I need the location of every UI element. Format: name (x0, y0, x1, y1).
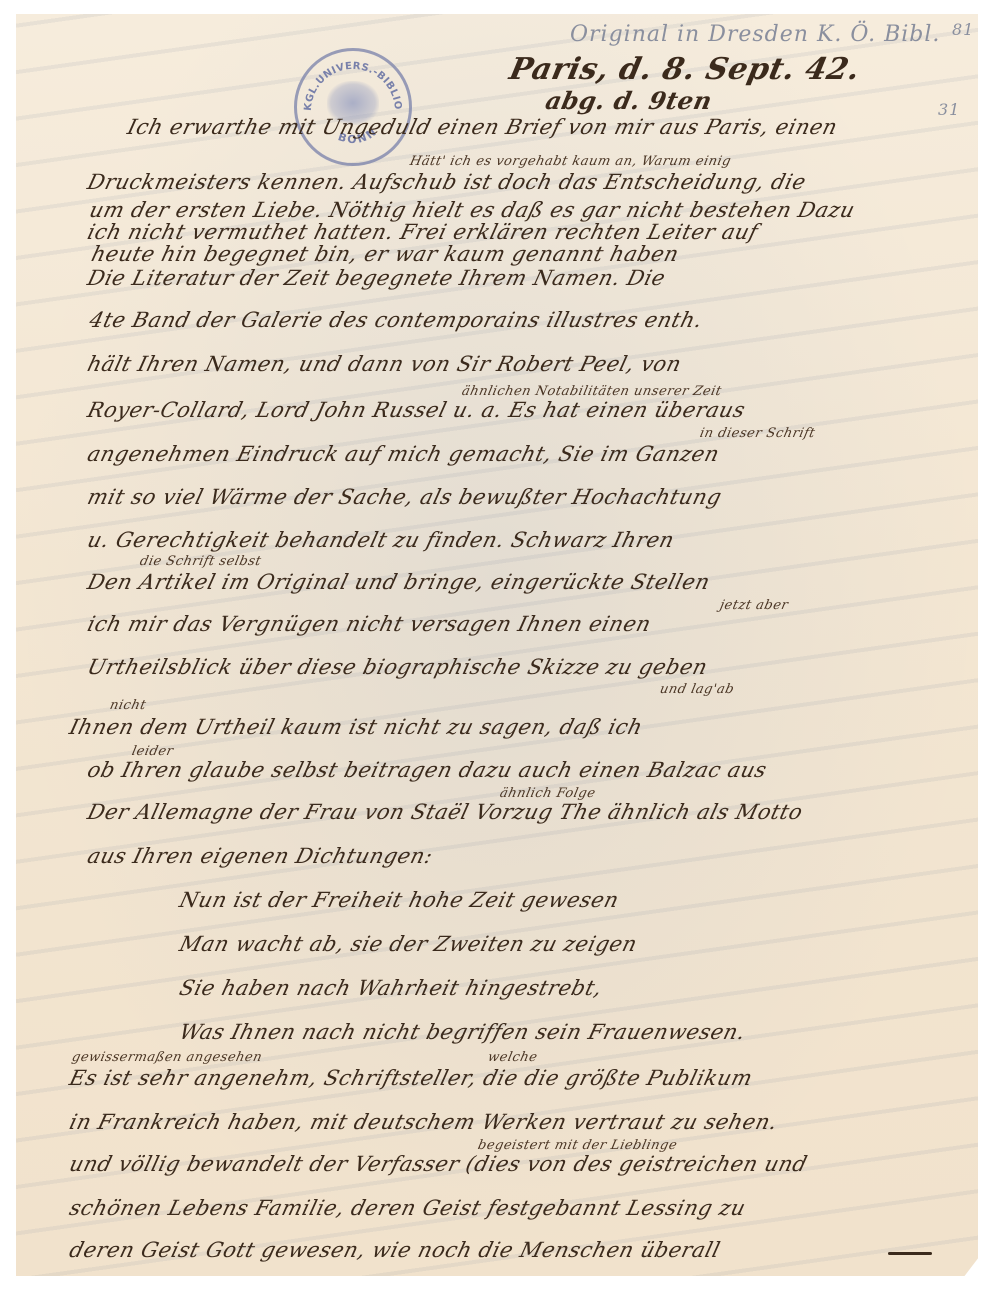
folio-number: 81 (952, 20, 974, 39)
handwritten-line: deren Geist Gott gewesen, wie noch die M… (67, 1238, 723, 1262)
handwritten-line: Ich erwarthe mit Ungeduld einen Brief vo… (125, 115, 840, 139)
handwritten-line: 4te Band der Galerie des contemporains i… (87, 308, 705, 332)
folio-number-secondary: 31 (938, 100, 960, 119)
interlinear-insertion: leider (130, 744, 174, 759)
handwritten-line: Ihnen dem Urtheil kaum ist nicht zu sage… (67, 715, 645, 739)
interlinear-insertion: begeistert mit der Lieblinge (476, 1138, 678, 1153)
handwritten-line: ich nicht vermuthet hatten. Frei erkläre… (85, 220, 761, 244)
handwritten-line: Nun ist der Freiheit hohe Zeit gewesen (177, 888, 621, 912)
handwritten-line: Der Allemagne der Frau von Staël Vorzug … (85, 800, 805, 824)
archival-note: Original in Dresden K. Ö. Bibl. (570, 22, 940, 47)
handwritten-line: Royer-Collard, Lord John Russel u. a. Es… (85, 398, 748, 422)
interlinear-insertion: in dieser Schrift (698, 426, 816, 441)
interlinear-insertion: jetzt aber (718, 598, 789, 613)
interlinear-insertion: gewissermaßen angesehen (70, 1050, 263, 1065)
handwritten-line: heute hin begegnet bin, er war kaum gena… (89, 242, 681, 266)
handwritten-line: um der ersten Liebe. Nöthig hielt es daß… (87, 198, 857, 222)
handwritten-line: Es ist sehr angenehm, Schriftsteller, di… (67, 1066, 755, 1090)
handwritten-line: angenehmen Eindruck auf mich gemacht, Si… (85, 442, 722, 466)
interlinear-insertion: ähnlich Folge (498, 786, 597, 801)
closing-dash (888, 1252, 932, 1255)
handwritten-line: ob Ihren glaube selbst beitragen dazu au… (85, 758, 769, 782)
interlinear-insertion: und lag'ab (658, 682, 735, 697)
handwritten-line: Druckmeisters kennen. Aufschub ist doch … (85, 170, 809, 194)
handwritten-line: ich mir das Vergnügen nicht versagen Ihn… (85, 612, 654, 636)
handwritten-line: hält Ihren Namen, und dann von Sir Rober… (85, 352, 684, 376)
handwritten-line: Man wacht ab, sie der Zweiten zu zeigen (177, 932, 640, 956)
interlinear-insertion: Hätt' ich es vorgehabt kaum an, Warum ei… (408, 154, 732, 169)
interlinear-insertion: die Schrift selbst (138, 554, 262, 569)
handwritten-line: Den Artikel im Original und bringe, eing… (85, 570, 713, 594)
interlinear-insertion: welche (486, 1050, 539, 1065)
handwritten-line: Was Ihnen nach nicht begriffen sein Frau… (177, 1020, 748, 1044)
handwritten-line: und völlig bewandelt der Verfasser (dies… (67, 1152, 810, 1176)
handwritten-line: schönen Lebens Familie, deren Geist fest… (67, 1196, 748, 1220)
handwritten-line: Urtheilsblick über diese biographische S… (85, 655, 710, 679)
interlinear-insertion: nicht (108, 698, 147, 713)
library-stamp: KGL.UNIVERS.-BIBLIOTHEK BONN (294, 48, 412, 166)
letter-page: Original in Dresden K. Ö. Bibl. 81 31 KG… (16, 14, 978, 1276)
handwritten-line: mit so viel Wärme der Sache, als bewußte… (85, 485, 724, 509)
date-line: Paris, d. 8. Sept. 42. (506, 52, 863, 87)
handwritten-line: u. Gerechtigkeit behandelt zu finden. Sc… (85, 528, 677, 552)
sent-date-line: abg. d. 9ten (543, 86, 715, 115)
handwritten-line: Die Literatur der Zeit begegnete Ihrem N… (85, 266, 668, 290)
interlinear-insertion: ähnlichen Notabilitäten unserer Zeit (460, 384, 723, 399)
handwritten-line: aus Ihren eigenen Dichtungen: (85, 844, 435, 868)
handwritten-line: in Frankreich haben, mit deutschem Werke… (67, 1110, 780, 1134)
handwritten-line: Sie haben nach Wahrheit hingestrebt, (177, 976, 605, 1000)
